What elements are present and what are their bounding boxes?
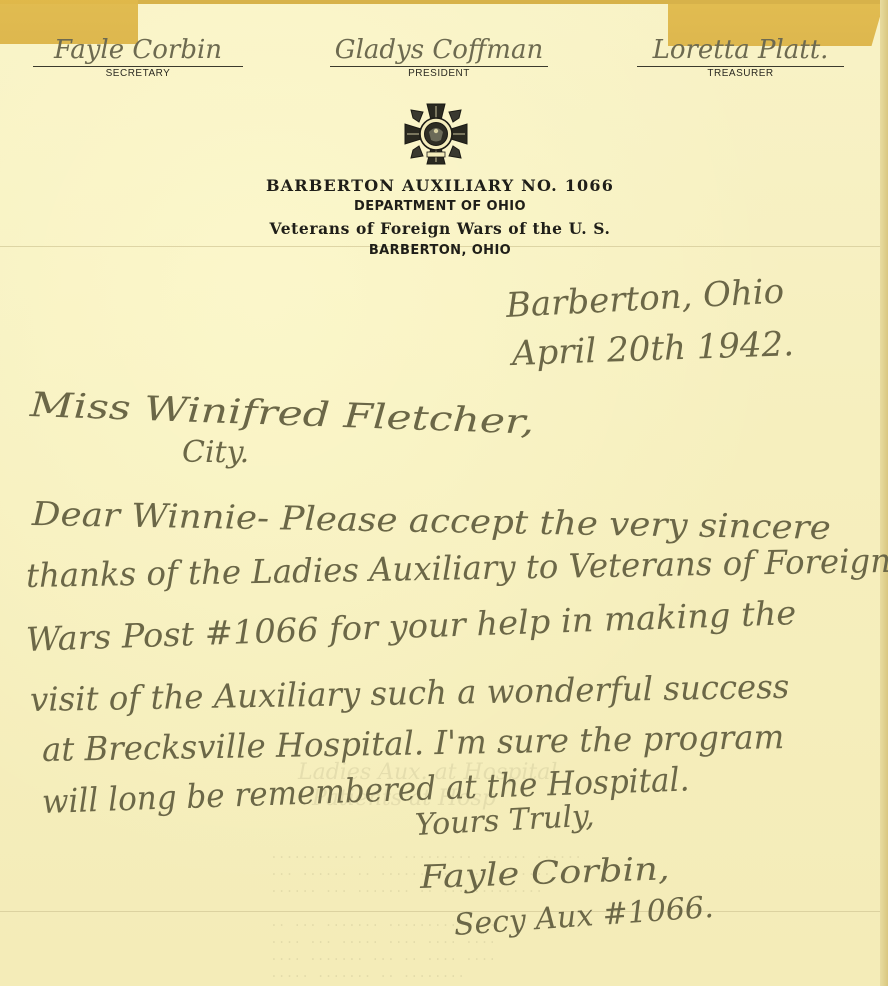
vfw-auxiliary-cross-icon [403,102,469,166]
secretary-title: SECRETARY [33,68,243,79]
officer-secretary: Fayle Corbin SECRETARY [33,66,243,79]
organization-name: Veterans of Foreign Wars of the U. S. [200,217,680,241]
paper-right-edge [880,0,888,986]
department-name: DEPARTMENT OF OHIO [200,197,680,217]
officer-president: Gladys Coffman PRESIDENT [330,66,548,79]
treasurer-title: TREASURER [637,68,844,79]
secretary-signature: Fayle Corbin [33,35,243,65]
letterhead: BARBERTON AUXILIARY NO. 1066 DEPARTMENT … [200,175,680,261]
officer-treasurer: Loretta Platt. TREASURER [637,66,844,79]
letterhead-location: BARBERTON, OHIO [200,241,680,261]
treasurer-signature: Loretta Platt. [637,35,844,65]
letter-recipient-city: City. [182,435,249,470]
signature-line [33,66,243,67]
signature-line [637,66,844,67]
president-title: PRESIDENT [330,68,548,79]
auxiliary-name: BARBERTON AUXILIARY NO. 1066 [200,175,680,197]
signature-line [330,66,548,67]
president-signature: Gladys Coffman [330,35,548,65]
